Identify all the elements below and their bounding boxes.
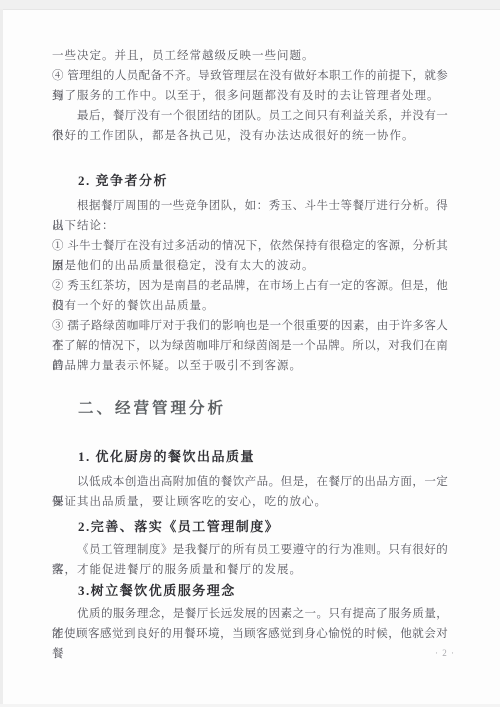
document-page: 一些决定。并且，员工经常越级反映一些问题。④ 管理组的人员配备不齐。导致管理层在… [0,0,500,707]
text-line: 没有一个好的餐饮出品质量。 [52,296,448,316]
text-line: 保证其出品质量，要让顾客吃的安心，吃的放心。 [52,492,448,512]
page-top-edge [0,0,500,10]
text-line: 根据餐厅周围的一些竞争团队，如：秀玉、斗牛士等餐厅进行分析。得出 [52,196,448,216]
text-line: ③ 孺子路绿茵咖啡厅对于我们的影响也是一个很重要的因素，由于许多客人在 [52,316,448,336]
text-line: 很好的工作团队，都是各执己见，没有办法达成很好的统一协作。 [52,126,448,146]
text-line: 到了服务的工作中。以至于，很多问题都没有及时的去让管理者处理。 [52,86,448,106]
text-line: 的品牌力量表示怀疑。以至于吸引不到客源。 [52,356,448,376]
text-line: 不了解的情况下，以为绿茵咖啡厅和绿茵阁是一个品牌。所以，对我们在南昌 [52,336,448,356]
text-line: 能使顾客感觉到良好的用餐环境，当顾客感觉到身心愉悦的时候，他就会对餐 [52,624,448,644]
text-line: 因是他们的出品质量很稳定，没有太大的波动。 [52,256,448,276]
text-line: ④ 管理组的人员配备不齐。导致管理层在没有做好本职工作的前提下，就参与 [52,66,448,86]
paragraph-heading: 2.完善、落实《员工管理制度》 [52,516,448,538]
text-line: 优质的服务理念，是餐厅长远发展的因素之一。只有提高了服务质量，才 [52,604,448,624]
text-line: 实，才能促进餐厅的服务质量和餐厅的发展。 [52,560,448,580]
paragraph-heading: 1. 优化厨房的餐饮出品质量 [52,446,448,468]
page-left-edge [0,9,3,707]
paragraph-heading: 3.树立餐饮优质服务理念 [52,580,448,602]
text-line: ① 斗牛士餐厅在没有过多活动的情况下，依然保持有很稳定的客源，分析其原 [52,236,448,256]
text-line: ② 秀玉红茶坊，因为是南昌的老品牌，在市场上占有一定的客源。但是，他们 [52,276,448,296]
section-heading: 二、经营管理分析 [52,396,448,422]
text-line: 以低成本创造出高附加值的餐饮产品。但是，在餐厅的出品方面，一定要 [52,472,448,492]
text-line: 以下结论： [52,216,448,236]
page-number: · 2 · [52,648,455,658]
page-content: 一些决定。并且，员工经常越级反映一些问题。④ 管理组的人员配备不齐。导致管理层在… [52,46,448,658]
paragraph-heading: 2. 竞争者分析 [52,170,448,192]
text-line: 一些决定。并且，员工经常越级反映一些问题。 [52,46,448,66]
text-line: 最后，餐厅没有一个很团结的团队。员工之间只有利益关系，并没有一个 [52,106,448,126]
text-line: 《员工管理制度》是我餐厅的所有员工要遵守的行为准则。只有很好的落 [52,540,448,560]
